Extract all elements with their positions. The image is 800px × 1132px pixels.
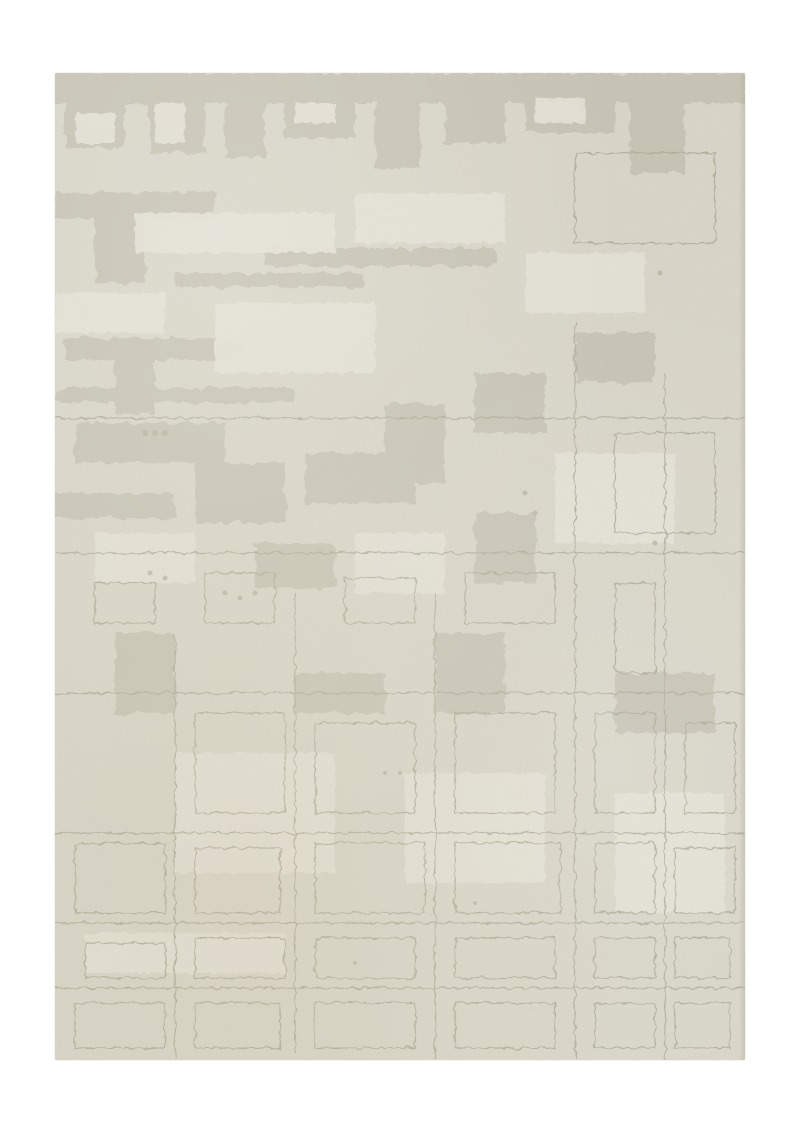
rug [55, 73, 745, 1060]
rug-pattern [55, 73, 745, 1060]
product-photo: Rectangular area rug with abstract distr… [0, 0, 800, 1132]
rug-edge [739, 73, 745, 1060]
